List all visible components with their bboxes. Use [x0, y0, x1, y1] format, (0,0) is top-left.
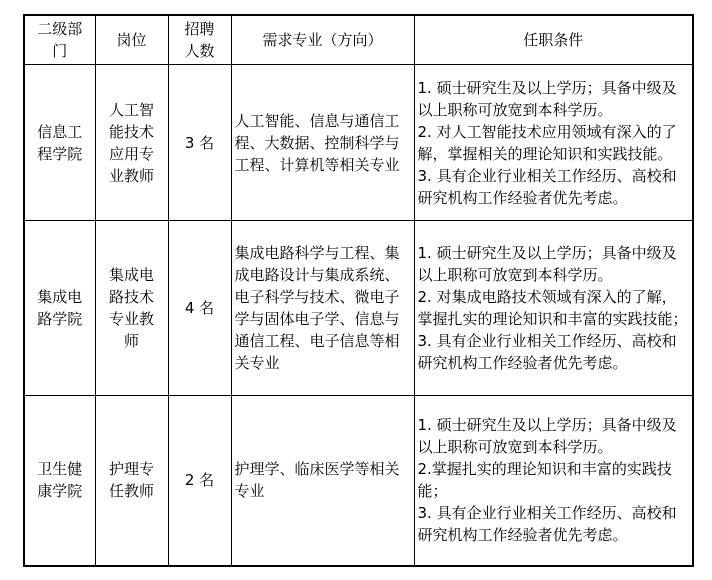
- cell-majors: 护理学、临床医学等相关专业: [231, 396, 414, 566]
- cell-headcount: 2 名: [168, 396, 231, 566]
- headcount-text: 2 名: [185, 471, 214, 489]
- requirement-item: 2. 对人工智能技术应用领域有深入的了解，掌握相关的理论知识和实践技能。: [418, 121, 690, 165]
- cell-position: 集成电路技术专业教师: [95, 221, 168, 396]
- header-label-requirements: 任职条件: [418, 29, 690, 51]
- position-text: 人工智能技术应用专业教师: [107, 99, 157, 187]
- header-label-position: 岗位: [99, 29, 165, 51]
- header-cell-position: 岗位: [95, 15, 168, 65]
- requirement-item: 3. 具有企业行业相关工作经历、高校和研究机构工作经验者优先考虑。: [418, 165, 690, 209]
- cell-position: 护理专任教师: [95, 396, 168, 566]
- position-text: 集成电路技术专业教师: [107, 264, 157, 352]
- position-text: 护理专任教师: [107, 458, 157, 502]
- cell-department: 卫生健康学院: [24, 396, 95, 566]
- cell-department: 集成电路学院: [24, 221, 95, 396]
- requirement-item: 3. 具有企业行业相关工作经历、高校和研究机构工作经验者优先考虑。: [418, 330, 690, 374]
- header-cell-department: 二级部门: [24, 15, 95, 65]
- recruitment-table: 二级部门 岗位 招聘人数 需求专业（方向） 任职条件 信息工程学院: [23, 14, 694, 567]
- header-row: 二级部门 岗位 招聘人数 需求专业（方向） 任职条件: [24, 15, 693, 65]
- cell-requirements: 1. 硕士研究生及以上学历；具备中级及以上职称可放宽到本科学历。 2. 对人工智…: [414, 65, 693, 221]
- header-cell-headcount: 招聘人数: [168, 15, 231, 65]
- header-cell-requirements: 任职条件: [414, 15, 693, 65]
- majors-text: 护理学、临床医学等相关专业: [235, 458, 411, 502]
- cell-majors: 集成电路科学与工程、集成电路设计与集成系统、电子科学与技术、微电子学与固体电子学…: [231, 221, 414, 396]
- department-text: 卫生健康学院: [35, 458, 85, 502]
- cell-position: 人工智能技术应用专业教师: [95, 65, 168, 221]
- majors-text: 人工智能、信息与通信工程、大数据、控制科学与工程、计算机等相关专业: [235, 110, 411, 176]
- table-row: 卫生健康学院 护理专任教师 2 名 护理学、临床医学等相关专业 1. 硕士研究生…: [24, 396, 693, 566]
- cell-department: 信息工程学院: [24, 65, 95, 221]
- headcount-text: 4 名: [185, 299, 214, 317]
- requirement-item: 1. 硕士研究生及以上学历；具备中级及以上职称可放宽到本科学历。: [418, 414, 690, 458]
- header-label-department: 二级部门: [35, 18, 85, 62]
- requirement-item: 3. 具有企业行业相关工作经历、高校和研究机构工作经验者优先考虑。: [418, 502, 690, 546]
- requirement-item: 1. 硕士研究生及以上学历；具备中级及以上职称可放宽到本科学历。: [418, 242, 690, 286]
- requirement-item: 2. 对集成电路技术领域有深入的了解，掌握扎实的理论知识和丰富的实践技能；: [418, 286, 690, 330]
- cell-headcount: 3 名: [168, 65, 231, 221]
- cell-headcount: 4 名: [168, 221, 231, 396]
- department-text: 信息工程学院: [35, 121, 85, 165]
- cell-requirements: 1. 硕士研究生及以上学历；具备中级及以上职称可放宽到本科学历。 2. 对集成电…: [414, 221, 693, 396]
- cell-majors: 人工智能、信息与通信工程、大数据、控制科学与工程、计算机等相关专业: [231, 65, 414, 221]
- requirement-item: 1. 硕士研究生及以上学历；具备中级及以上职称可放宽到本科学历。: [418, 77, 690, 121]
- majors-text: 集成电路科学与工程、集成电路设计与集成系统、电子科学与技术、微电子学与固体电子学…: [235, 242, 411, 374]
- page: 二级部门 岗位 招聘人数 需求专业（方向） 任职条件 信息工程学院: [0, 0, 712, 580]
- department-text: 集成电路学院: [35, 286, 85, 330]
- header-label-headcount: 招聘人数: [183, 18, 217, 62]
- requirement-item: 2.掌握扎实的理论知识和丰富的实践技能；: [418, 458, 690, 502]
- headcount-text: 3 名: [185, 134, 214, 152]
- table-row: 信息工程学院 人工智能技术应用专业教师 3 名 人工智能、信息与通信工程、大数据…: [24, 65, 693, 221]
- cell-requirements: 1. 硕士研究生及以上学历；具备中级及以上职称可放宽到本科学历。 2.掌握扎实的…: [414, 396, 693, 566]
- header-cell-majors: 需求专业（方向）: [231, 15, 414, 65]
- header-label-majors: 需求专业（方向）: [235, 29, 411, 51]
- table-row: 集成电路学院 集成电路技术专业教师 4 名 集成电路科学与工程、集成电路设计与集…: [24, 221, 693, 396]
